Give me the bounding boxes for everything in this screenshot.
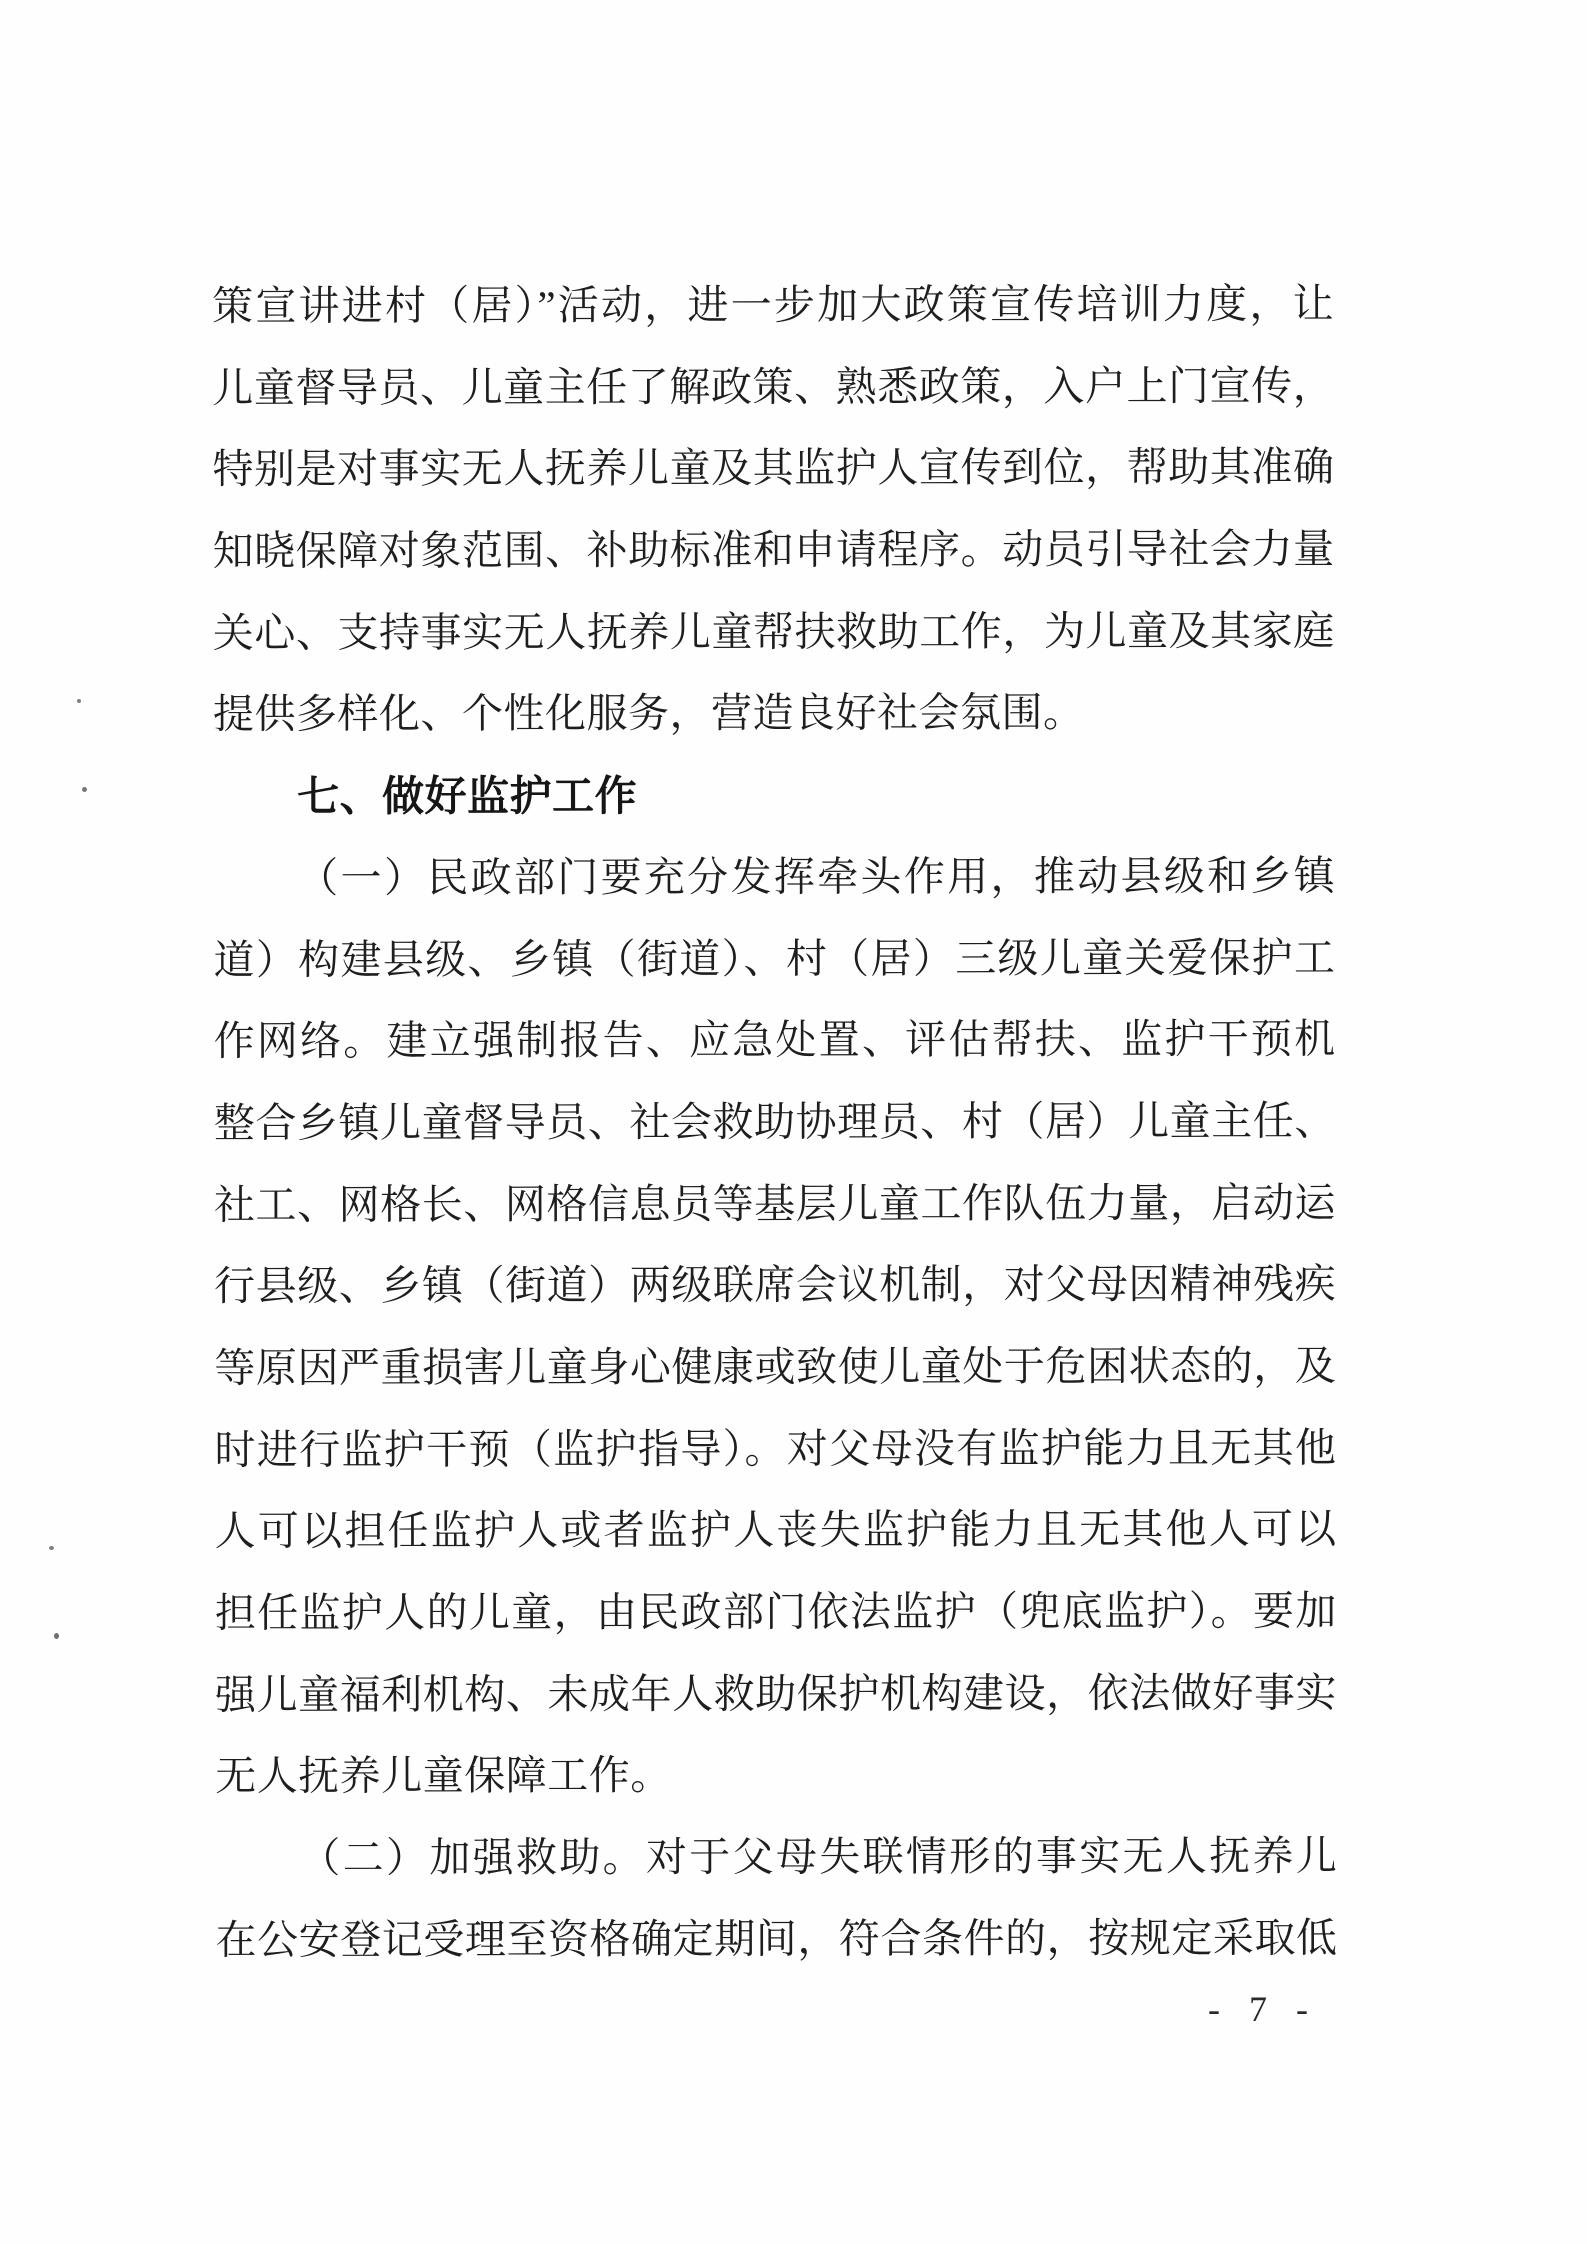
text-line: 担任监护人的儿童，由民政部门依法监护（兜底监护）。要加 — [215, 1571, 1337, 1655]
text-line: 整合乡镇儿童督导员、社会救助协理员、村（居）儿童主任、 — [214, 1081, 1336, 1165]
text-line: 人可以担任监护人或者监护人丧失监护能力且无其他人可以 — [215, 1489, 1337, 1573]
text-line: 社工、网格长、网格信息员等基层儿童工作队伍力量，启动运 — [214, 1162, 1336, 1246]
document-body: 策宣讲进村（居）”活动，进一步加大政策宣传培训力度，让儿童督导员、儿童主任了解政… — [212, 264, 1338, 1982]
text-line: 儿童督导员、儿童主任了解政策、熟悉政策，入户上门宣传， — [212, 345, 1334, 429]
section-heading: 七、做好监护工作 — [213, 754, 1335, 838]
text-line: 提供多样化、个性化服务，营造良好社会氛围。 — [213, 672, 1335, 756]
text-line: 知晓保障对象范围、补助标准和申请程序。动员引导社会力量 — [213, 509, 1335, 593]
scan-speck — [54, 1633, 59, 1639]
scan-speck — [77, 699, 81, 703]
text-line: （一）民政部门要充分发挥牵头作用，推动县级和乡镇（街 — [213, 835, 1335, 919]
text-line: 时进行监护干预（监护指导）。对父母没有监护能力且无其他 — [214, 1407, 1336, 1491]
text-line: 道）构建县级、乡镇（街道）、村（居）三级儿童关爱保护工 — [213, 917, 1335, 1001]
text-line: 策宣讲进村（居）”活动，进一步加大政策宣传培训力度，让 — [212, 264, 1334, 348]
document-page: 策宣讲进村（居）”活动，进一步加大政策宣传培训力度，让儿童督导员、儿童主任了解政… — [0, 0, 1587, 2244]
text-line: 在公安登记受理至资格确定期间，符合条件的，按规定采取低 — [215, 1897, 1337, 1981]
text-line: 作网络。建立强制报告、应急处置、评估帮扶、监护干预机制， — [214, 999, 1336, 1083]
page-number: - 7 - — [1208, 1988, 1318, 2030]
scan-speck — [49, 1546, 54, 1550]
text-line: 关心、支持事实无人抚养儿童帮扶救助工作，为儿童及其家庭 — [213, 590, 1335, 674]
scan-speck — [82, 787, 87, 792]
text-line: 行县级、乡镇（街道）两级联席会议机制，对父母因精神残疾 — [214, 1244, 1336, 1328]
text-line: （二）加强救助。对于父母失联情形的事实无人抚养儿童， — [215, 1816, 1337, 1900]
text-line: 特别是对事实无人抚养儿童及其监护人宣传到位，帮助其准确 — [212, 427, 1334, 511]
text-line: 无人抚养儿童保障工作。 — [215, 1734, 1337, 1818]
text-line: 强儿童福利机构、未成年人救助保护机构建设，依法做好事实 — [215, 1652, 1337, 1736]
text-line: 等原因严重损害儿童身心健康或致使儿童处于危困状态的，及 — [214, 1326, 1336, 1410]
